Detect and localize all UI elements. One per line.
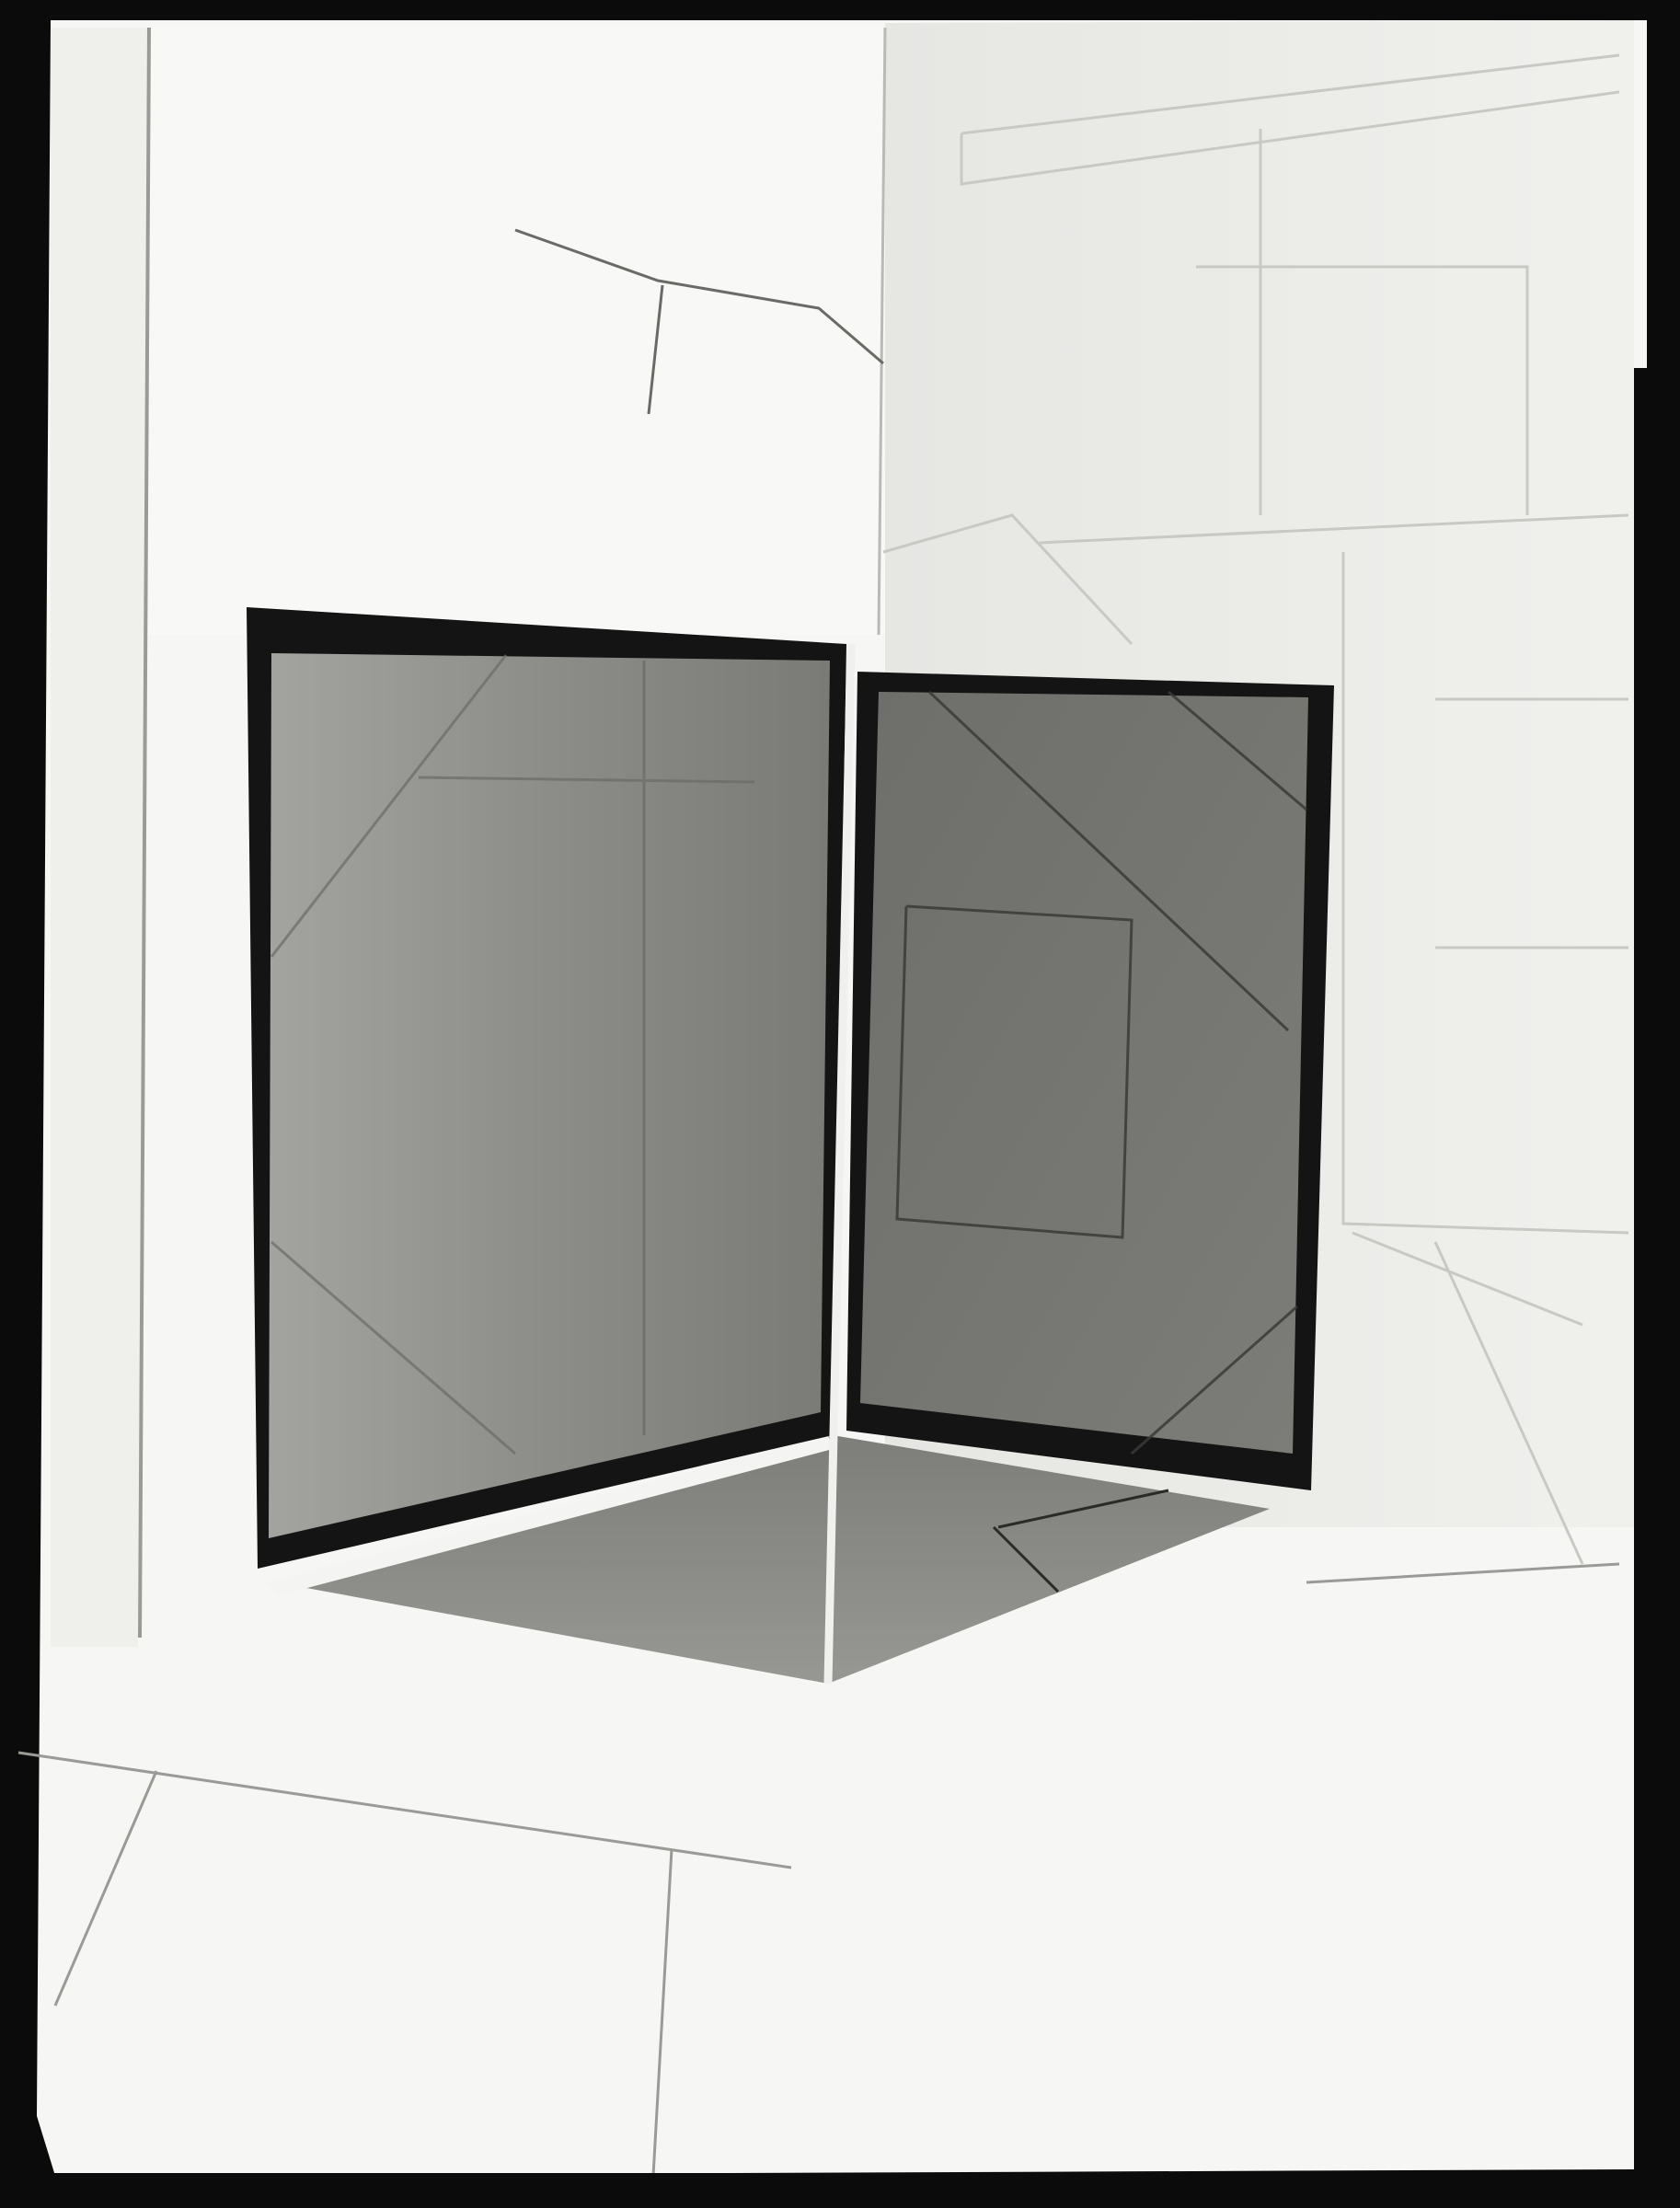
top-border [0,0,1680,20]
photograph [0,0,1680,2208]
bottom-border [0,2173,1680,2208]
right-panel [860,692,1308,1454]
left-panel [269,653,830,1538]
left-wall [147,26,885,635]
right-dark-edge [1634,368,1680,2208]
left-strip [51,28,147,1647]
